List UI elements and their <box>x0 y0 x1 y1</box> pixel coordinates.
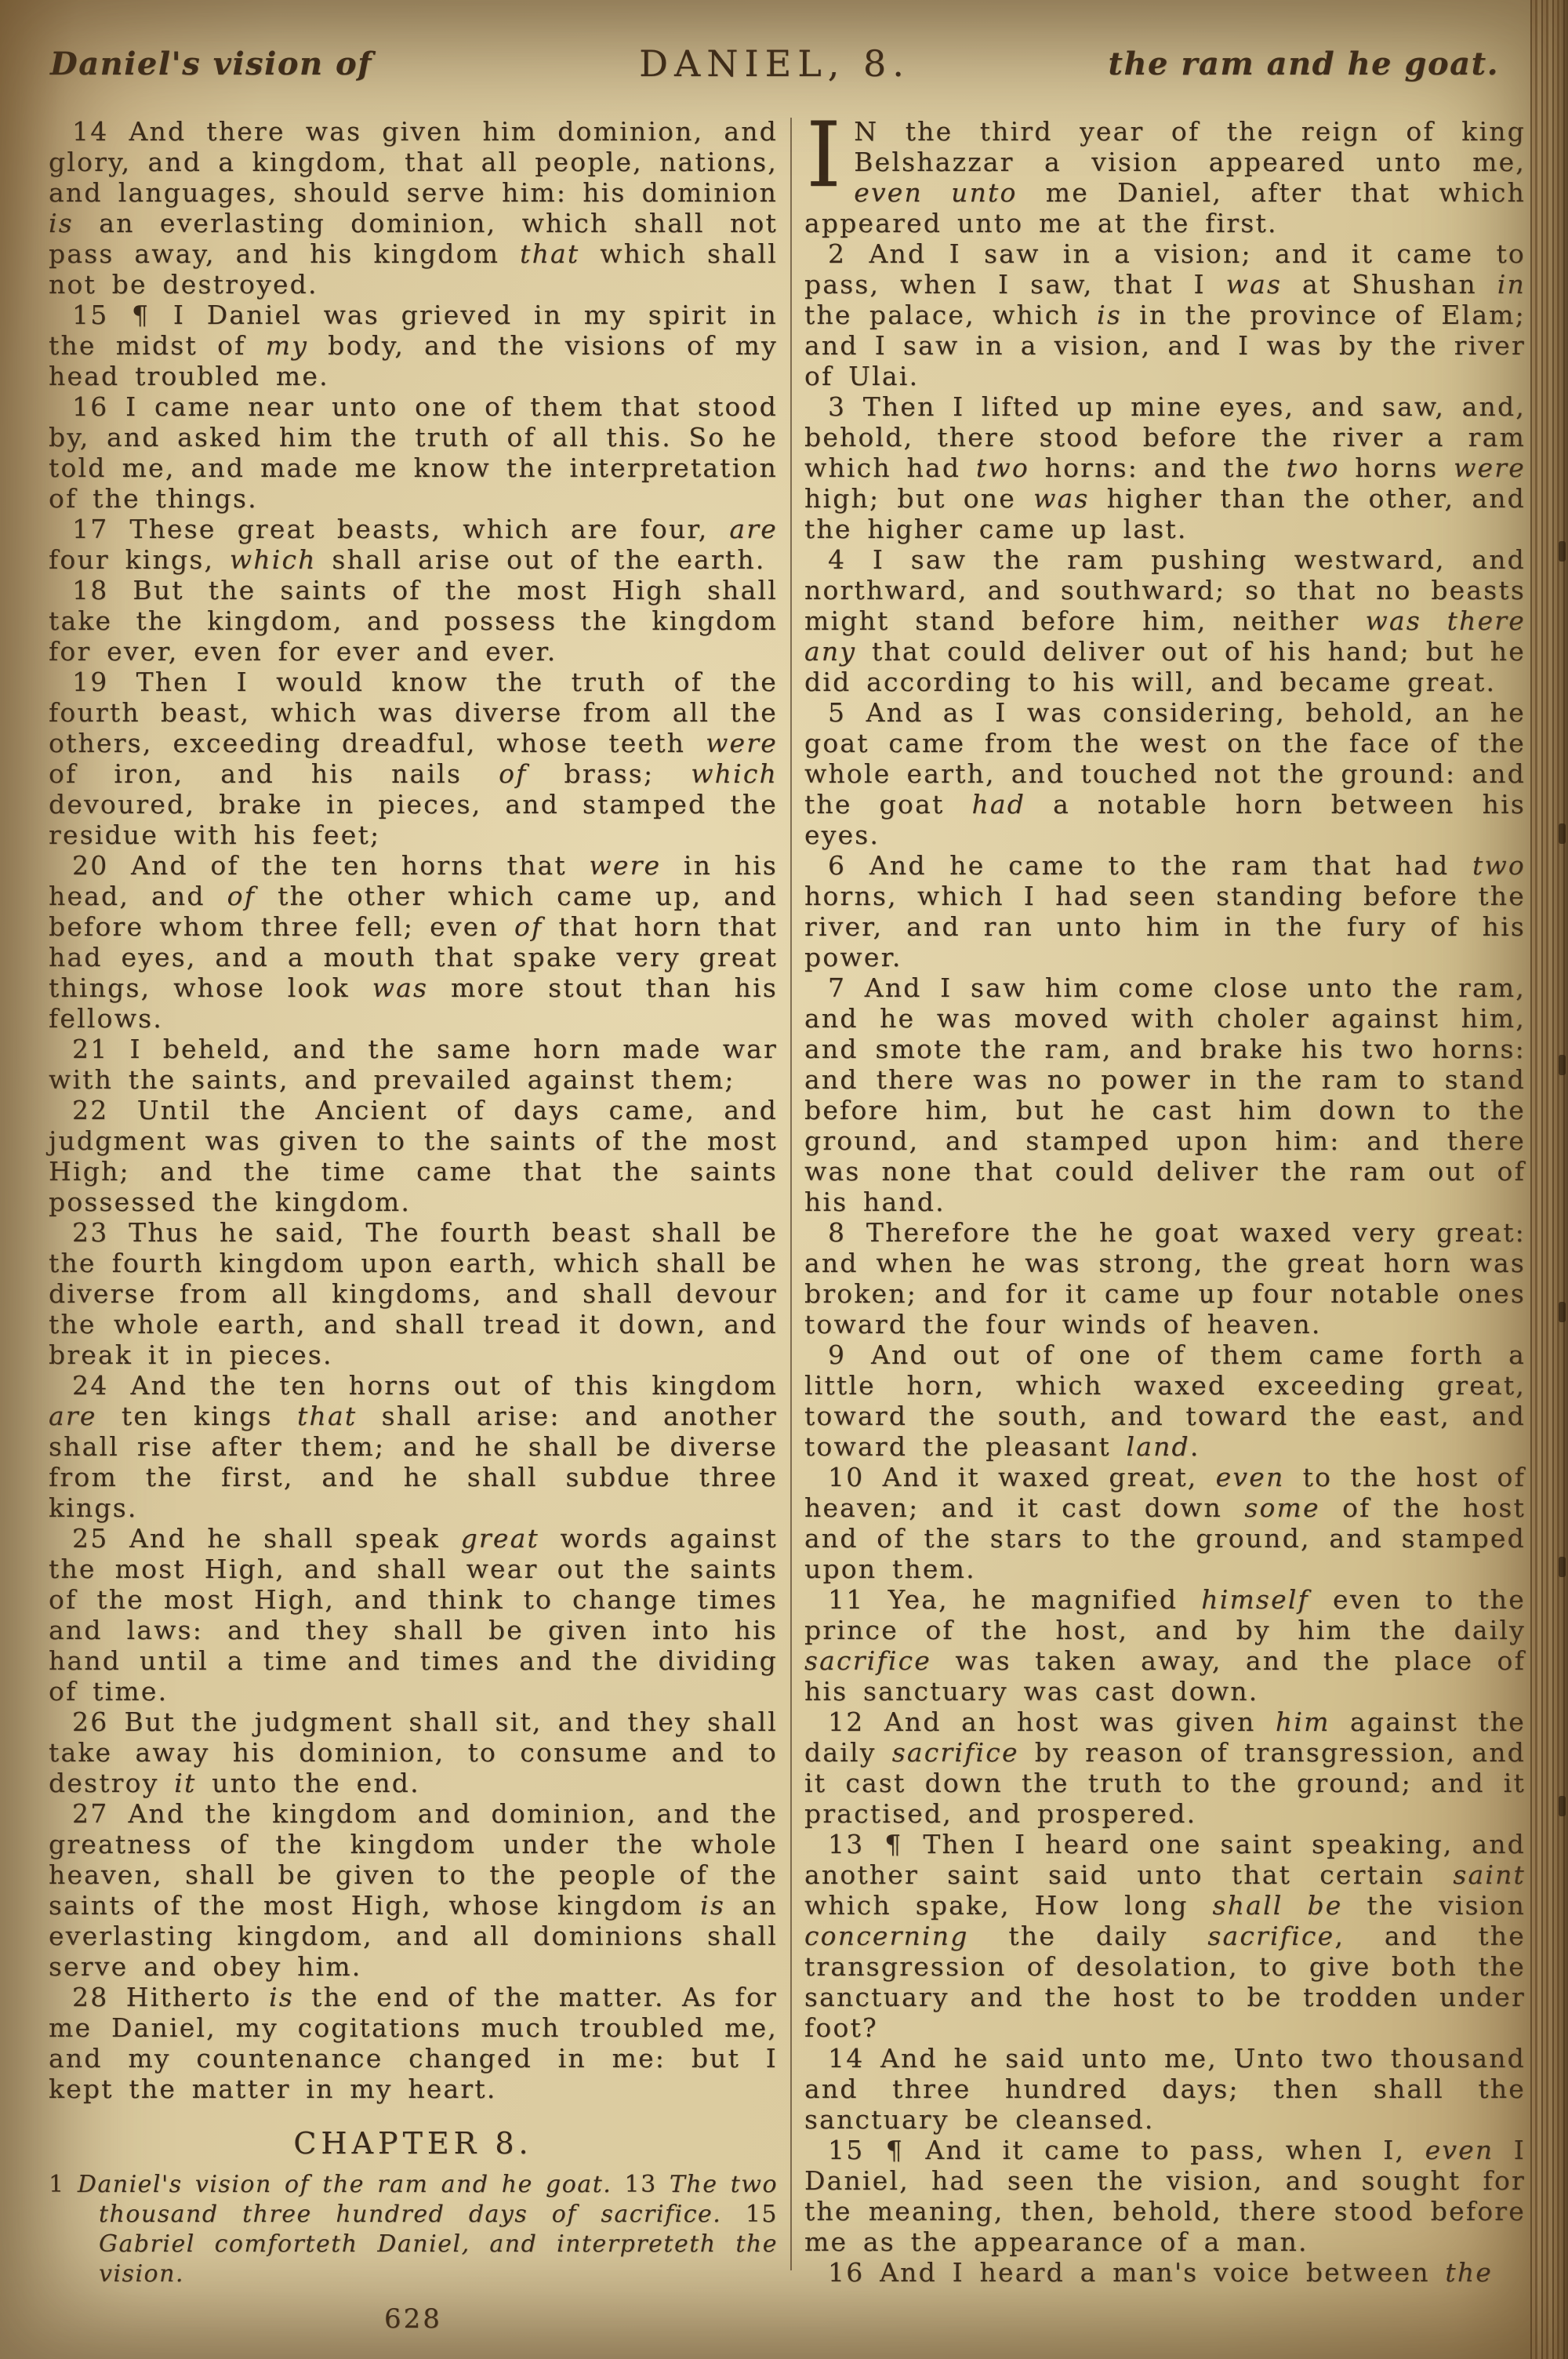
column-gutter <box>778 116 804 2335</box>
verse: 24 And the ten horns out of this kingdom… <box>49 1370 778 1523</box>
verse-number: 16 <box>72 391 108 422</box>
italic-text: land <box>1126 1431 1189 1462</box>
italic-text: had <box>971 789 1025 820</box>
verse: 15 ¶ And it came to pass, when I, even I… <box>804 2135 1526 2257</box>
verse-number: 8 <box>828 1217 846 1248</box>
verse-number: 23 <box>72 1217 108 1248</box>
italic-text: even <box>1425 2135 1494 2165</box>
verse: 6 And he came to the ram that had two ho… <box>804 850 1526 972</box>
italic-text: two <box>1472 850 1526 881</box>
italic-text: is <box>269 1982 294 2012</box>
italic-text: of <box>514 911 543 942</box>
verse: 27 And the kingdom and dominion, and the… <box>49 1798 778 1982</box>
verse: 17 These great beasts, which are four, a… <box>49 514 778 575</box>
italic-text: of <box>499 758 527 789</box>
pilcrow-mark: ¶ <box>883 1829 904 1859</box>
verse-number: 4 <box>828 544 846 575</box>
verse-number: 6 <box>828 850 846 881</box>
verse: 20 And of the ten horns that were in his… <box>49 850 778 1034</box>
verse-number: 9 <box>828 1339 846 1370</box>
verse-number: 15 <box>72 300 108 330</box>
verse-number: 5 <box>828 697 846 728</box>
page-edge-mark <box>1559 1796 1566 1816</box>
italic-text: were <box>1454 453 1526 483</box>
running-head: Daniel's vision of DANIEL, 8. the ram an… <box>50 41 1499 88</box>
italic-text: that <box>297 1401 357 1431</box>
text-columns: 14 And there was given him dominion, and… <box>49 116 1526 2335</box>
running-head-left: Daniel's vision of <box>50 45 372 82</box>
italic-text: was <box>1033 483 1089 514</box>
italic-text: is <box>49 208 74 238</box>
verse: 3 Then I lifted up mine eyes, and saw, a… <box>804 391 1526 544</box>
page-edge-mark <box>1559 1302 1566 1322</box>
italic-text: is <box>1097 300 1122 330</box>
right-column: IN the third year of the reign of king B… <box>804 116 1526 2335</box>
summary-verse-ref: 15 <box>746 2201 778 2228</box>
verse-number: 7 <box>828 972 846 1003</box>
verse: 14 And he said unto me, Unto two thousan… <box>804 2043 1526 2135</box>
verse-number: 15 <box>828 2135 864 2165</box>
italic-text: Daniel's vision of the ram and he goat. <box>78 2171 625 2198</box>
verse: 21 I beheld, and the same horn made war … <box>49 1034 778 1095</box>
verse-number: 16 <box>828 2257 864 2288</box>
summary-verse-ref: 13 <box>625 2171 670 2198</box>
italic-text: shall be <box>1213 1890 1343 1921</box>
italic-text: two <box>1287 453 1340 483</box>
verse: 23 Thus he said, The fourth beast shall … <box>49 1217 778 1370</box>
verse-number: 13 <box>828 1829 864 1859</box>
italic-text: sacrifice <box>1207 1921 1334 1951</box>
verse-number: 14 <box>72 116 108 147</box>
chapter-heading: CHAPTER 8. <box>49 2126 778 2161</box>
verse: 5 And as I was considering, behold, an h… <box>804 697 1526 850</box>
italic-text: saint <box>1453 1859 1526 1890</box>
italic-text: which <box>691 758 778 789</box>
italic-text: even unto <box>854 177 1017 208</box>
verse-number: 12 <box>828 1707 864 1737</box>
italic-text: my <box>266 330 308 361</box>
verse: 22 Until the Ancient of days came, and j… <box>49 1095 778 1217</box>
verse-number: 3 <box>828 391 846 422</box>
italic-text: it <box>174 1768 196 1798</box>
italic-text: in <box>1497 269 1526 300</box>
verse: 2 And I saw in a vision; and it came to … <box>804 238 1526 391</box>
page-edge-mark <box>1559 823 1566 844</box>
verse-number: 26 <box>72 1707 108 1737</box>
italic-text: were <box>706 728 778 758</box>
left-column-verses: 14 And there was given him dominion, and… <box>49 116 778 2104</box>
verse: 14 And there was given him dominion, and… <box>49 116 778 300</box>
page-edge-mark <box>1559 1055 1566 1075</box>
verse: 10 And it waxed great, even to the host … <box>804 1462 1526 1584</box>
italic-text: is <box>700 1890 725 1921</box>
verse: 7 And I saw him come close unto the ram,… <box>804 972 1526 1217</box>
italic-text: that <box>520 238 579 269</box>
italic-text: the <box>1445 2257 1493 2288</box>
verse: 12 And an host was given him against the… <box>804 1707 1526 1829</box>
page-edge-mark <box>1559 1557 1566 1577</box>
italic-text: Gabriel comforteth Daniel, and interpret… <box>99 2230 778 2288</box>
page-edge-stack <box>1530 0 1568 2359</box>
book-page: Daniel's vision of DANIEL, 8. the ram an… <box>0 0 1568 2359</box>
italic-text: concerning <box>804 1921 969 1951</box>
verse: 26 But the judgment shall sit, and they … <box>49 1707 778 1798</box>
verse: IN the third year of the reign of king B… <box>804 116 1526 238</box>
italic-text: sacrifice <box>804 1645 931 1676</box>
italic-text: sacrifice <box>892 1737 1019 1768</box>
verse-number: 22 <box>72 1095 108 1125</box>
italic-text: which <box>230 544 317 575</box>
verse: 11 Yea, he magnified himself even to the… <box>804 1584 1526 1707</box>
italic-text: are <box>729 514 778 544</box>
page-edge-mark <box>1559 541 1566 562</box>
verse: 19 Then I would know the truth of the fo… <box>49 667 778 850</box>
verse: 4 I saw the ram pushing westward, and no… <box>804 544 1526 697</box>
verse-number: 18 <box>72 575 108 605</box>
pilcrow-mark: ¶ <box>130 300 151 330</box>
verse: 16 And I heard a man's voice between the <box>804 2257 1526 2288</box>
italic-text: are <box>49 1401 97 1431</box>
verse-number: 24 <box>72 1370 108 1401</box>
italic-text: was <box>1226 269 1282 300</box>
verse-number: 27 <box>72 1798 108 1829</box>
verse-number: 10 <box>828 1462 864 1492</box>
verse: 13 ¶ Then I heard one saint speaking, an… <box>804 1829 1526 2043</box>
verse-number: 20 <box>72 850 108 881</box>
verse-number: 25 <box>72 1523 108 1554</box>
verse-number: 21 <box>72 1034 108 1064</box>
verse: 25 And he shall speak great words agains… <box>49 1523 778 1707</box>
italic-text: some <box>1244 1492 1319 1523</box>
right-column-verses: IN the third year of the reign of king B… <box>804 116 1526 2288</box>
drop-cap: I <box>804 116 854 207</box>
italic-text: were <box>589 850 661 881</box>
verse-number: 14 <box>828 2043 864 2074</box>
italic-text: was <box>372 972 428 1003</box>
italic-text: himself <box>1201 1584 1309 1615</box>
italic-text: even <box>1216 1462 1285 1492</box>
verse: 18 But the saints of the most High shall… <box>49 575 778 667</box>
running-head-center: DANIEL, 8. <box>639 42 910 85</box>
verse-number: 11 <box>828 1584 864 1615</box>
chapter-summary: 1 Daniel's vision of the ram and he goat… <box>49 2170 778 2289</box>
verse: 15 ¶ I Daniel was grieved in my spirit i… <box>49 300 778 391</box>
italic-text: great <box>461 1523 539 1554</box>
verse-number: 19 <box>72 667 108 697</box>
running-head-right: the ram and he goat. <box>1109 45 1500 82</box>
summary-verse-ref: 1 <box>49 2171 78 2198</box>
verse: 8 Therefore the he goat waxed very great… <box>804 1217 1526 1339</box>
column-divider-rule <box>790 118 792 2270</box>
page-number: 628 <box>49 2303 778 2335</box>
verse: 9 And out of one of them came forth a li… <box>804 1339 1526 1462</box>
italic-text: him <box>1276 1707 1330 1737</box>
verse-number: 28 <box>72 1982 108 2012</box>
italic-text: of <box>227 881 256 911</box>
italic-text: two <box>976 453 1029 483</box>
left-column: 14 And there was given him dominion, and… <box>49 116 778 2335</box>
italic-text: was there any <box>804 605 1526 667</box>
verse: 28 Hitherto is the end of the matter. As… <box>49 1982 778 2104</box>
pilcrow-mark: ¶ <box>884 2135 906 2165</box>
verse-number: 2 <box>828 238 846 269</box>
verse: 16 I came near unto one of them that sto… <box>49 391 778 514</box>
verse-number: 17 <box>72 514 108 544</box>
